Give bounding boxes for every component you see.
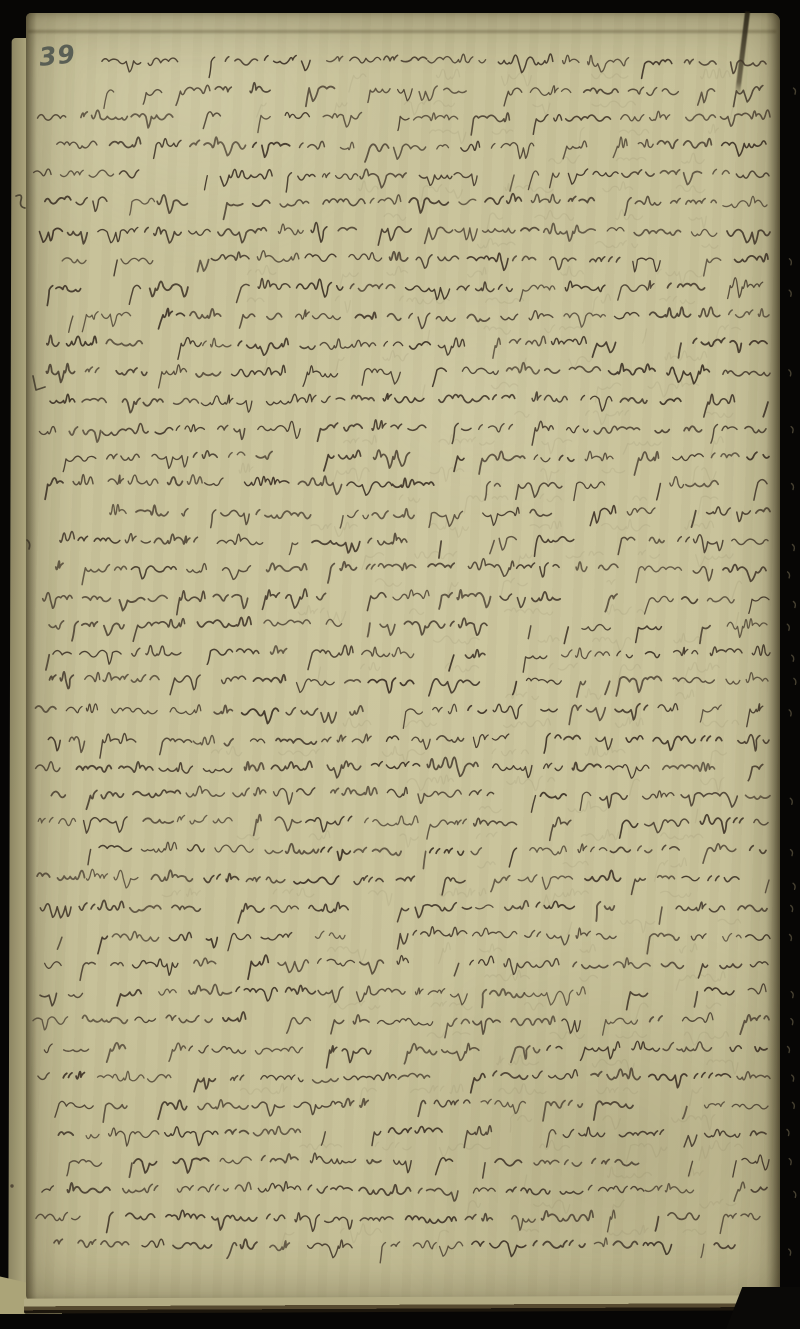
adjacent-page-bleed-mark: [793, 883, 795, 889]
scanned-page: 39: [0, 0, 800, 1329]
adjacent-page-bleed-mark: [791, 850, 793, 856]
adjacent-page-bleed-mark: [790, 935, 792, 941]
adjacent-page-bleed-mark: [789, 370, 791, 376]
adjacent-page-bleed-mark: [791, 992, 793, 998]
adjacent-page-bleed-mark: [792, 1075, 794, 1081]
adjacent-page-bleed-mark: [792, 484, 794, 490]
top-crease: [28, 30, 776, 33]
left-edge-shadow: [26, 13, 37, 1301]
adjacent-page-bleed-mark: [792, 1102, 794, 1108]
stacked-pages-bottom-edge: [24, 1295, 752, 1313]
adjacent-page-bleed-mark: [788, 572, 790, 578]
page-number: 39: [38, 39, 78, 72]
adjacent-page-bleed-mark: [791, 427, 793, 433]
adjacent-page-bleed-mark: [789, 259, 791, 265]
adjacent-page-bleed-mark: [792, 545, 794, 551]
adjacent-page-bleed-mark: [791, 906, 793, 912]
manuscript-leaf: 39: [26, 13, 780, 1301]
adjacent-page-bleed-mark: [788, 1047, 790, 1053]
adjacent-page-bleed-mark: [794, 88, 796, 94]
adjacent-page-bleed-mark: [789, 710, 791, 716]
adjacent-page-bleed-mark: [792, 655, 794, 661]
paper-texture: [26, 13, 780, 1301]
adjacent-page-bleed-mark: [787, 624, 789, 630]
adjacent-page-bleed-mark: [789, 1159, 791, 1165]
adjacent-page-bleed-mark: [789, 1249, 791, 1255]
adjacent-page-bleed-mark: [787, 1130, 789, 1136]
adjacent-page-bleed-mark: [794, 678, 796, 684]
adjacent-page-bleed-mark: [791, 1019, 793, 1025]
adjacent-page-bleed-mark: [789, 290, 791, 296]
right-edge-shadow: [766, 13, 780, 1301]
adjacent-page-bleed-mark: [794, 1191, 796, 1197]
adjacent-page-bleed-mark: [790, 798, 792, 804]
adjacent-page-bleed-mark: [793, 602, 795, 608]
